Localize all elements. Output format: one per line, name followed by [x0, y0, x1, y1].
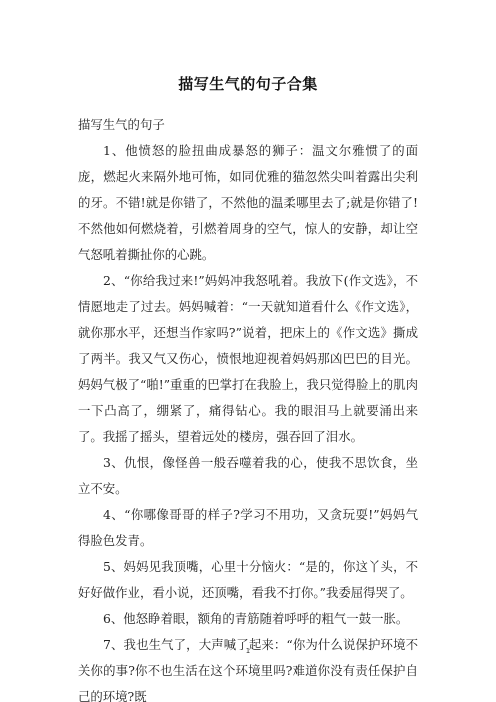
paragraph-5: 5、妈妈见我顶嘴，心里十分恼火：“是的，你这丫头，不好好做作业，看小说，还顶嘴，…	[78, 554, 418, 606]
paragraph-6: 6、他怒睁着眼，额角的青筋随着呼呼的粗气一鼓一胀。	[78, 606, 418, 632]
page-number: 1	[0, 647, 496, 655]
document-subtitle: 描写生气的句子	[78, 112, 418, 138]
document-title: 描写生气的句子合集	[0, 73, 496, 94]
paragraph-3: 3、仇恨，像怪兽一般吞噬着我的心，使我不思饮食，坐立不安。	[78, 450, 418, 502]
document-page: 描写生气的句子合集 描写生气的句子 1、他愤怒的脸扭曲成暴怒的狮子：温文尔雅惯了…	[0, 0, 496, 702]
paragraph-2: 2、“你给我过来!”妈妈冲我怒吼着。我放下(作文选》，不情愿地走了过去。妈妈喊着…	[78, 268, 418, 450]
paragraph-4: 4、“你哪像哥哥的样子?学习不用功，又贪玩耍!”妈妈气得脸色发青。	[78, 502, 418, 554]
paragraph-1: 1、他愤怒的脸扭曲成暴怒的狮子：温文尔雅惯了的面庞，燃起火来隔外地可怖，如同优雅…	[78, 138, 418, 268]
paragraph-7: 7、我也生气了，大声喊了起来：“你为什么说保护环境不关你的事?你不也生活在这个环…	[78, 632, 418, 702]
document-body: 描写生气的句子 1、他愤怒的脸扭曲成暴怒的狮子：温文尔雅惯了的面庞，燃起火来隔外…	[78, 112, 418, 702]
